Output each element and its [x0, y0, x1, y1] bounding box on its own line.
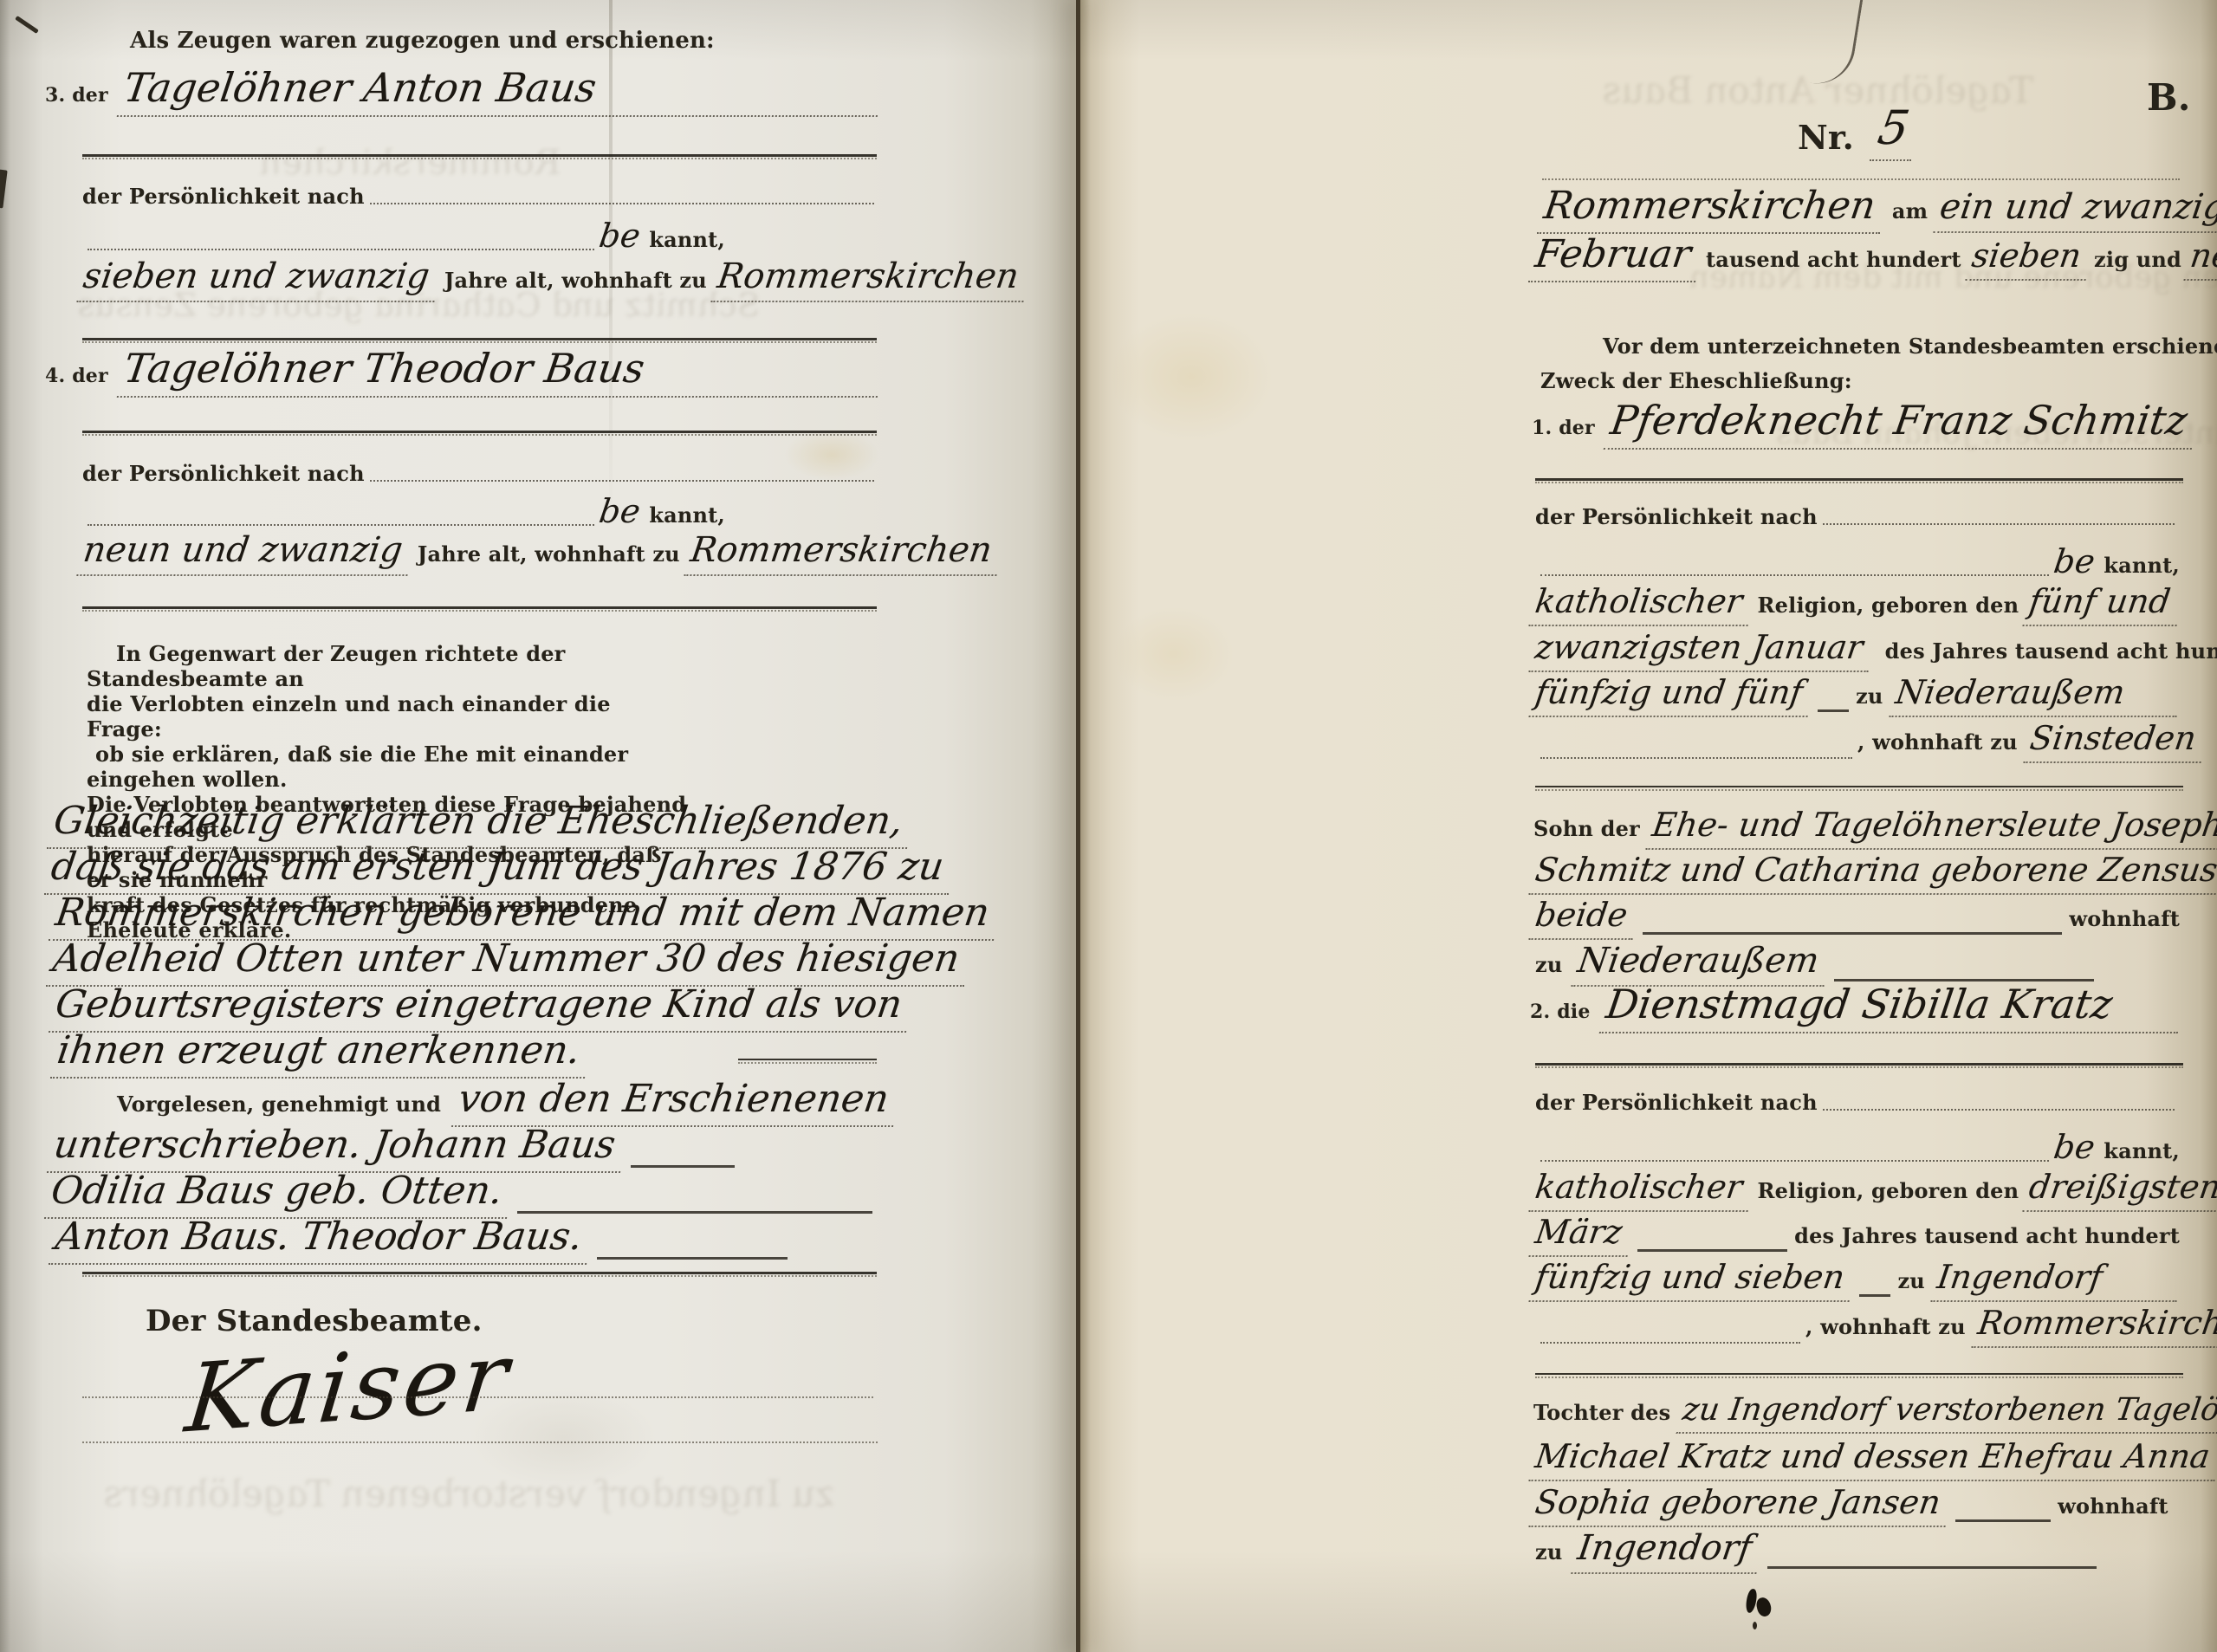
hand-drawn-filler-line: [631, 1160, 735, 1168]
age-suffix-label: Jahre alt, wohnhaft zu: [444, 268, 707, 293]
groom-parents-handwriting-2: Schmitz und Catharina geborene Zensus: [1528, 851, 2217, 895]
hand-drawn-filler-line: [738, 1059, 877, 1064]
date-line-1: Rommerskirchen am ein und zwanzig ten: [1540, 184, 2183, 234]
form-rule: [82, 1272, 877, 1277]
witness-3-identity-line: der Persönlichkeit nach: [82, 184, 879, 209]
witness-4-known-line: be kannt,: [82, 492, 725, 530]
page-letter-text: B.: [2147, 76, 2191, 119]
bride-parents-handwriting-2: Michael Kratz und dessen Ehefrau Anna: [1528, 1437, 2217, 1481]
bride-parents-residence-handwriting: Ingendorf: [1572, 1528, 1764, 1574]
bride-identity-line: der Persönlichkeit nach: [1535, 1090, 2180, 1115]
form-rule: [82, 154, 877, 159]
note-handwriting: daß sie das am ersten Juni des Jahres 18…: [44, 845, 956, 895]
bride-residence-handwriting: Rommerskirchen: [1971, 1304, 2217, 1348]
groom-number: 1. der: [1532, 417, 1595, 439]
age-suffix-label: Jahre alt, wohnhaft zu: [418, 541, 680, 567]
bride-parents-line-1: Tochter des zu Ingendorf verstorbenen Ta…: [1533, 1392, 2181, 1434]
groom-birthday-handwriting-2: zwanzigsten Januar: [1528, 628, 1874, 672]
form-rule: [1535, 786, 2183, 791]
wohnhaft-zu-label: , wohnhaft zu: [1805, 1314, 1966, 1339]
hand-drawn-filler-line: [1955, 1514, 2051, 1522]
day-handwriting: ein und zwanzig: [1933, 187, 2217, 233]
religion-label: Religion, geboren den: [1758, 1178, 2019, 1203]
witness-4-residence-handwriting: Rommerskirchen: [684, 530, 1003, 576]
closing-line-3: Odilia Baus geb. Otten.: [48, 1169, 879, 1219]
known-be-handwriting: be: [597, 492, 643, 530]
bride-parents-residence-line: zu Ingendorf: [1535, 1528, 2180, 1574]
groom-parents-line-1: Sohn der Ehe- und Tagelöhnersleute Josep…: [1533, 806, 2181, 850]
page-letter: B.: [2147, 76, 2191, 119]
note-handwriting: Geburtsregisters eingetragene Kind als v…: [49, 982, 914, 1033]
bride-religion-line: katholischer Religion, geboren den dreiß…: [1532, 1168, 2180, 1212]
signature-handwriting: unterschrieben. Johann Baus: [47, 1123, 627, 1173]
intro-line-2: Zweck der Eheschließung:: [1540, 368, 1852, 393]
signature-handwriting: Anton Baus. Theodor Baus.: [49, 1215, 594, 1265]
zig-und-label: zig und: [2094, 247, 2181, 272]
witness-4-age-line: neun und zwanzig Jahre alt, wohnhaft zu …: [80, 530, 881, 576]
identity-label: der Persönlichkeit nach: [82, 184, 365, 209]
groom-religion-handwriting: katholischer: [1528, 582, 1754, 626]
closing-print-label: Vorgelesen, genehmigt und: [117, 1092, 441, 1117]
groom-parents-handwriting-1: Ehe- und Tagelöhnersleute Joseph: [1645, 806, 2217, 850]
declaration-line: die Verlobten einzeln und nach einander …: [87, 691, 693, 742]
zu-label: zu: [1897, 1268, 1924, 1293]
blank-dotted-line: [88, 243, 594, 250]
note-line: Geburtsregisters eingetragene Kind als v…: [52, 982, 910, 1033]
closing-line-1: Vorgelesen, genehmigt und von den Erschi…: [117, 1077, 879, 1127]
hand-drawn-filler-line: [1859, 1289, 1890, 1297]
register-spread: Rommerskirchen Schmitz und Catharina geb…: [0, 0, 2217, 1652]
form-rule: [82, 338, 877, 343]
note-line: daß sie das am ersten Juni des Jahres 18…: [48, 845, 952, 895]
groom-known-line: be kannt,: [1535, 542, 2180, 580]
identity-label: der Persönlichkeit nach: [1535, 1090, 1818, 1115]
bride-parents-handwriting-3: Sophia geborene Jansen: [1528, 1483, 1951, 1527]
bride-birthday-handwriting-1: dreißigsten: [2023, 1168, 2217, 1212]
bride-known-line: be kannt,: [1535, 1128, 2180, 1166]
hand-drawn-filler-line: [1643, 927, 2063, 935]
closing-line-4: Anton Baus. Theodor Baus.: [52, 1215, 879, 1265]
known-kannt-label: kannt,: [649, 502, 725, 528]
groom-birthyear-handwriting: fünfzig und fünf: [1528, 673, 1813, 717]
zu-label: zu: [1535, 952, 1562, 977]
witness-4-identity-line: der Persönlichkeit nach: [82, 461, 879, 486]
form-rule: [1535, 478, 2183, 483]
witness-4-line: 4. der Tagelöhner Theodor Baus: [45, 345, 881, 398]
groom-parents-line-3: beide wohnhaft: [1532, 896, 2180, 940]
bride-number: 2. die: [1530, 1001, 1591, 1023]
bride-religion-handwriting: katholischer: [1528, 1168, 1754, 1212]
groom-birth-line: zwanzigsten Januar des Jahres tausend ac…: [1532, 628, 2180, 672]
note-line: Rommerskirchen geborene und mit dem Name…: [52, 891, 997, 941]
book-spine: [1076, 0, 1080, 1652]
blank-dotted-line: [1540, 569, 2049, 576]
witness-3-residence-handwriting: Rommerskirchen: [710, 256, 1030, 302]
witness-3-age-line: sieben und zwanzig Jahre alt, wohnhaft z…: [80, 256, 881, 302]
witness-4-entry-handwriting: Tagelöhner Theodor Baus: [117, 345, 885, 398]
groom-parents-handwriting-3: beide: [1528, 896, 1638, 940]
hand-drawn-filler-line: [517, 1206, 872, 1214]
groom-birthday-handwriting-1: fünf und: [2023, 582, 2183, 626]
note-handwriting: Rommerskirchen geborene und mit dem Name…: [49, 891, 1001, 941]
bride-birthday-handwriting-2: März: [1528, 1213, 1633, 1257]
registrar-signature: Kaiser: [181, 1322, 516, 1454]
known-kannt-label: kannt,: [2104, 553, 2180, 578]
bride-residence-line: , wohnhaft zu Rommerskirchen: [1535, 1304, 2180, 1348]
signature-handwriting: Odilia Baus geb. Otten.: [44, 1169, 514, 1219]
bride-entry-handwriting: Dienstmagd Sibilla Kratz: [1598, 981, 2185, 1033]
year-thousand-label: tausend acht hundert: [1706, 247, 1961, 272]
hand-drawn-filler-line: [1637, 1244, 1787, 1252]
groom-residence-handwriting: Sinsteden: [2023, 719, 2207, 763]
intro-text: Vor dem unterzeichneten Standesbeamten e…: [1603, 334, 2217, 359]
registrar-signature-line: Kaiser: [186, 1334, 511, 1442]
wohnhaft-label: wohnhaft: [2058, 1493, 2168, 1519]
religion-label: Religion, geboren den: [1758, 593, 2019, 618]
groom-parents-line-2: Schmitz und Catharina geborene Zensus: [1532, 851, 2180, 895]
witnesses-header-text: Als Zeugen waren zugezogen und erschiene…: [130, 28, 715, 54]
intro-line-1: Vor dem unterzeichneten Standesbeamten e…: [1603, 334, 2217, 359]
note-handwriting: Gleichzeitig erklärten die Eheschließend…: [47, 799, 915, 849]
year-label: des Jahres tausend acht hundert: [1794, 1223, 2180, 1248]
bride-entry-line: 2. die Dienstmagd Sibilla Kratz: [1530, 981, 2181, 1033]
bride-birthplace-handwriting: Ingendorf: [1930, 1258, 2182, 1302]
groom-entry-handwriting: Pferdeknecht Franz Schmitz: [1604, 397, 2199, 450]
month-handwriting: Februar: [1528, 232, 1702, 282]
witnesses-header: Als Zeugen waren zugezogen und erschiene…: [130, 28, 715, 54]
known-be-handwriting: be: [597, 217, 643, 255]
year-label: des Jahres tausend acht hundert: [1885, 638, 2217, 664]
year-tens-handwriting: sieben: [1965, 236, 2092, 281]
blank-dotted-line: [370, 475, 874, 482]
known-kannt-label: kannt,: [649, 227, 725, 252]
record-number-line: Nr. 5: [1798, 106, 1916, 166]
note-line: ihnen erzeugt anerkennen.: [54, 1028, 588, 1079]
closing-handwriting: von den Erschienenen: [451, 1077, 900, 1127]
groom-identity-line: der Persönlichkeit nach: [1535, 504, 2180, 529]
note-handwriting: Adelheid Otten unter Nummer 30 des hiesi…: [46, 936, 971, 987]
tochter-des-label: Tochter des: [1533, 1400, 1670, 1425]
blank-dotted-line: [82, 1441, 878, 1443]
blank-dotted-line: [88, 519, 594, 526]
blank-dotted-line: [1540, 1337, 1800, 1344]
am-label: am: [1892, 198, 1928, 224]
witness-3-entry-handwriting: Tagelöhner Anton Baus: [117, 64, 885, 117]
form-rule: [1535, 1063, 2183, 1068]
year-ones-handwriting: neun: [2183, 236, 2217, 281]
groom-birthyear-line: fünfzig und fünf zu Niederaußem: [1532, 673, 2180, 717]
bride-parents-handwriting-1: zu Ingendorf verstorbenen Tagelöhners: [1676, 1392, 2217, 1434]
blank-dotted-line: [1823, 518, 2175, 525]
wohnhaft-label: wohnhaft: [2069, 906, 2180, 931]
zu-label: zu: [1535, 1539, 1562, 1565]
date-line-2: Februar tausend acht hundert sieben zig …: [1532, 232, 2183, 282]
zu-label: zu: [1856, 683, 1883, 709]
witness-4-age-handwriting: neun und zwanzig: [76, 530, 413, 576]
blank-dotted-line: [370, 198, 874, 204]
record-number-label: Nr.: [1798, 118, 1854, 157]
declaration-line: In Gegenwart der Zeugen richtete der Sta…: [87, 641, 693, 691]
bride-parents-line-2: Michael Kratz und dessen Ehefrau Anna: [1532, 1437, 2180, 1481]
hand-drawn-filler-line: [1818, 704, 1849, 712]
note-line: Adelheid Otten unter Nummer 30 des hiesi…: [49, 936, 968, 987]
witness-3-line: 3. der Tagelöhner Anton Baus: [45, 64, 881, 117]
wohnhaft-zu-label: , wohnhaft zu: [1857, 729, 2018, 755]
form-rule: [1535, 1373, 2183, 1378]
identity-label: der Persönlichkeit nach: [1535, 504, 1818, 529]
form-rule: [82, 606, 877, 612]
blank-dotted-line: [1823, 1104, 2175, 1111]
declaration-line: ob sie erklären, daß sie die Ehe mit ein…: [87, 742, 693, 792]
groom-religion-line: katholischer Religion, geboren den fünf …: [1532, 582, 2180, 626]
witness-3-known-line: be kannt,: [82, 217, 725, 255]
note-line: Gleichzeitig erklärten die Eheschließend…: [50, 799, 911, 849]
hand-drawn-filler-line: [1767, 1561, 2097, 1569]
blank-dotted-line: [1542, 178, 2180, 180]
sohn-der-label: Sohn der: [1533, 816, 1640, 841]
witness-3-age-handwriting: sieben und zwanzig: [76, 256, 440, 302]
record-number-handwriting: 5: [1870, 100, 1922, 161]
hand-drawn-filler-line: [597, 1252, 788, 1260]
identity-label: der Persönlichkeit nach: [82, 461, 365, 486]
note-handwriting: ihnen erzeugt anerkennen.: [50, 1028, 592, 1079]
known-be-handwriting: be: [2052, 1128, 2097, 1166]
groom-birthplace-handwriting: Niederaußem: [1889, 673, 2183, 717]
closing-line-2: unterschrieben. Johann Baus: [50, 1123, 879, 1173]
bride-birthyear-handwriting: fünfzig und sieben: [1528, 1258, 1856, 1302]
known-kannt-label: kannt,: [2104, 1138, 2180, 1163]
blank-dotted-line: [82, 1396, 873, 1398]
bride-parents-line-3: Sophia geborene Jansen wohnhaft: [1532, 1483, 2180, 1527]
groom-residence-line: , wohnhaft zu Sinsteden: [1535, 719, 2180, 763]
blank-dotted-line: [1540, 752, 1852, 759]
ink-blot: [1753, 1622, 1757, 1629]
bride-birth-line: März des Jahres tausend acht hundert: [1532, 1213, 2180, 1257]
known-be-handwriting: be: [2052, 542, 2097, 580]
place-handwriting: Rommerskirchen: [1537, 184, 1887, 234]
blank-dotted-line: [1540, 1155, 2049, 1162]
form-rule: [82, 431, 877, 436]
groom-entry-line: 1. der Pferdeknecht Franz Schmitz: [1532, 397, 2183, 450]
witness-4-number: 4. der: [45, 365, 108, 387]
bride-birthyear-line: fünfzig und sieben zu Ingendorf: [1532, 1258, 2180, 1302]
witness-3-number: 3. der: [45, 84, 108, 107]
intro-text: Zweck der Eheschließung:: [1540, 368, 1852, 393]
